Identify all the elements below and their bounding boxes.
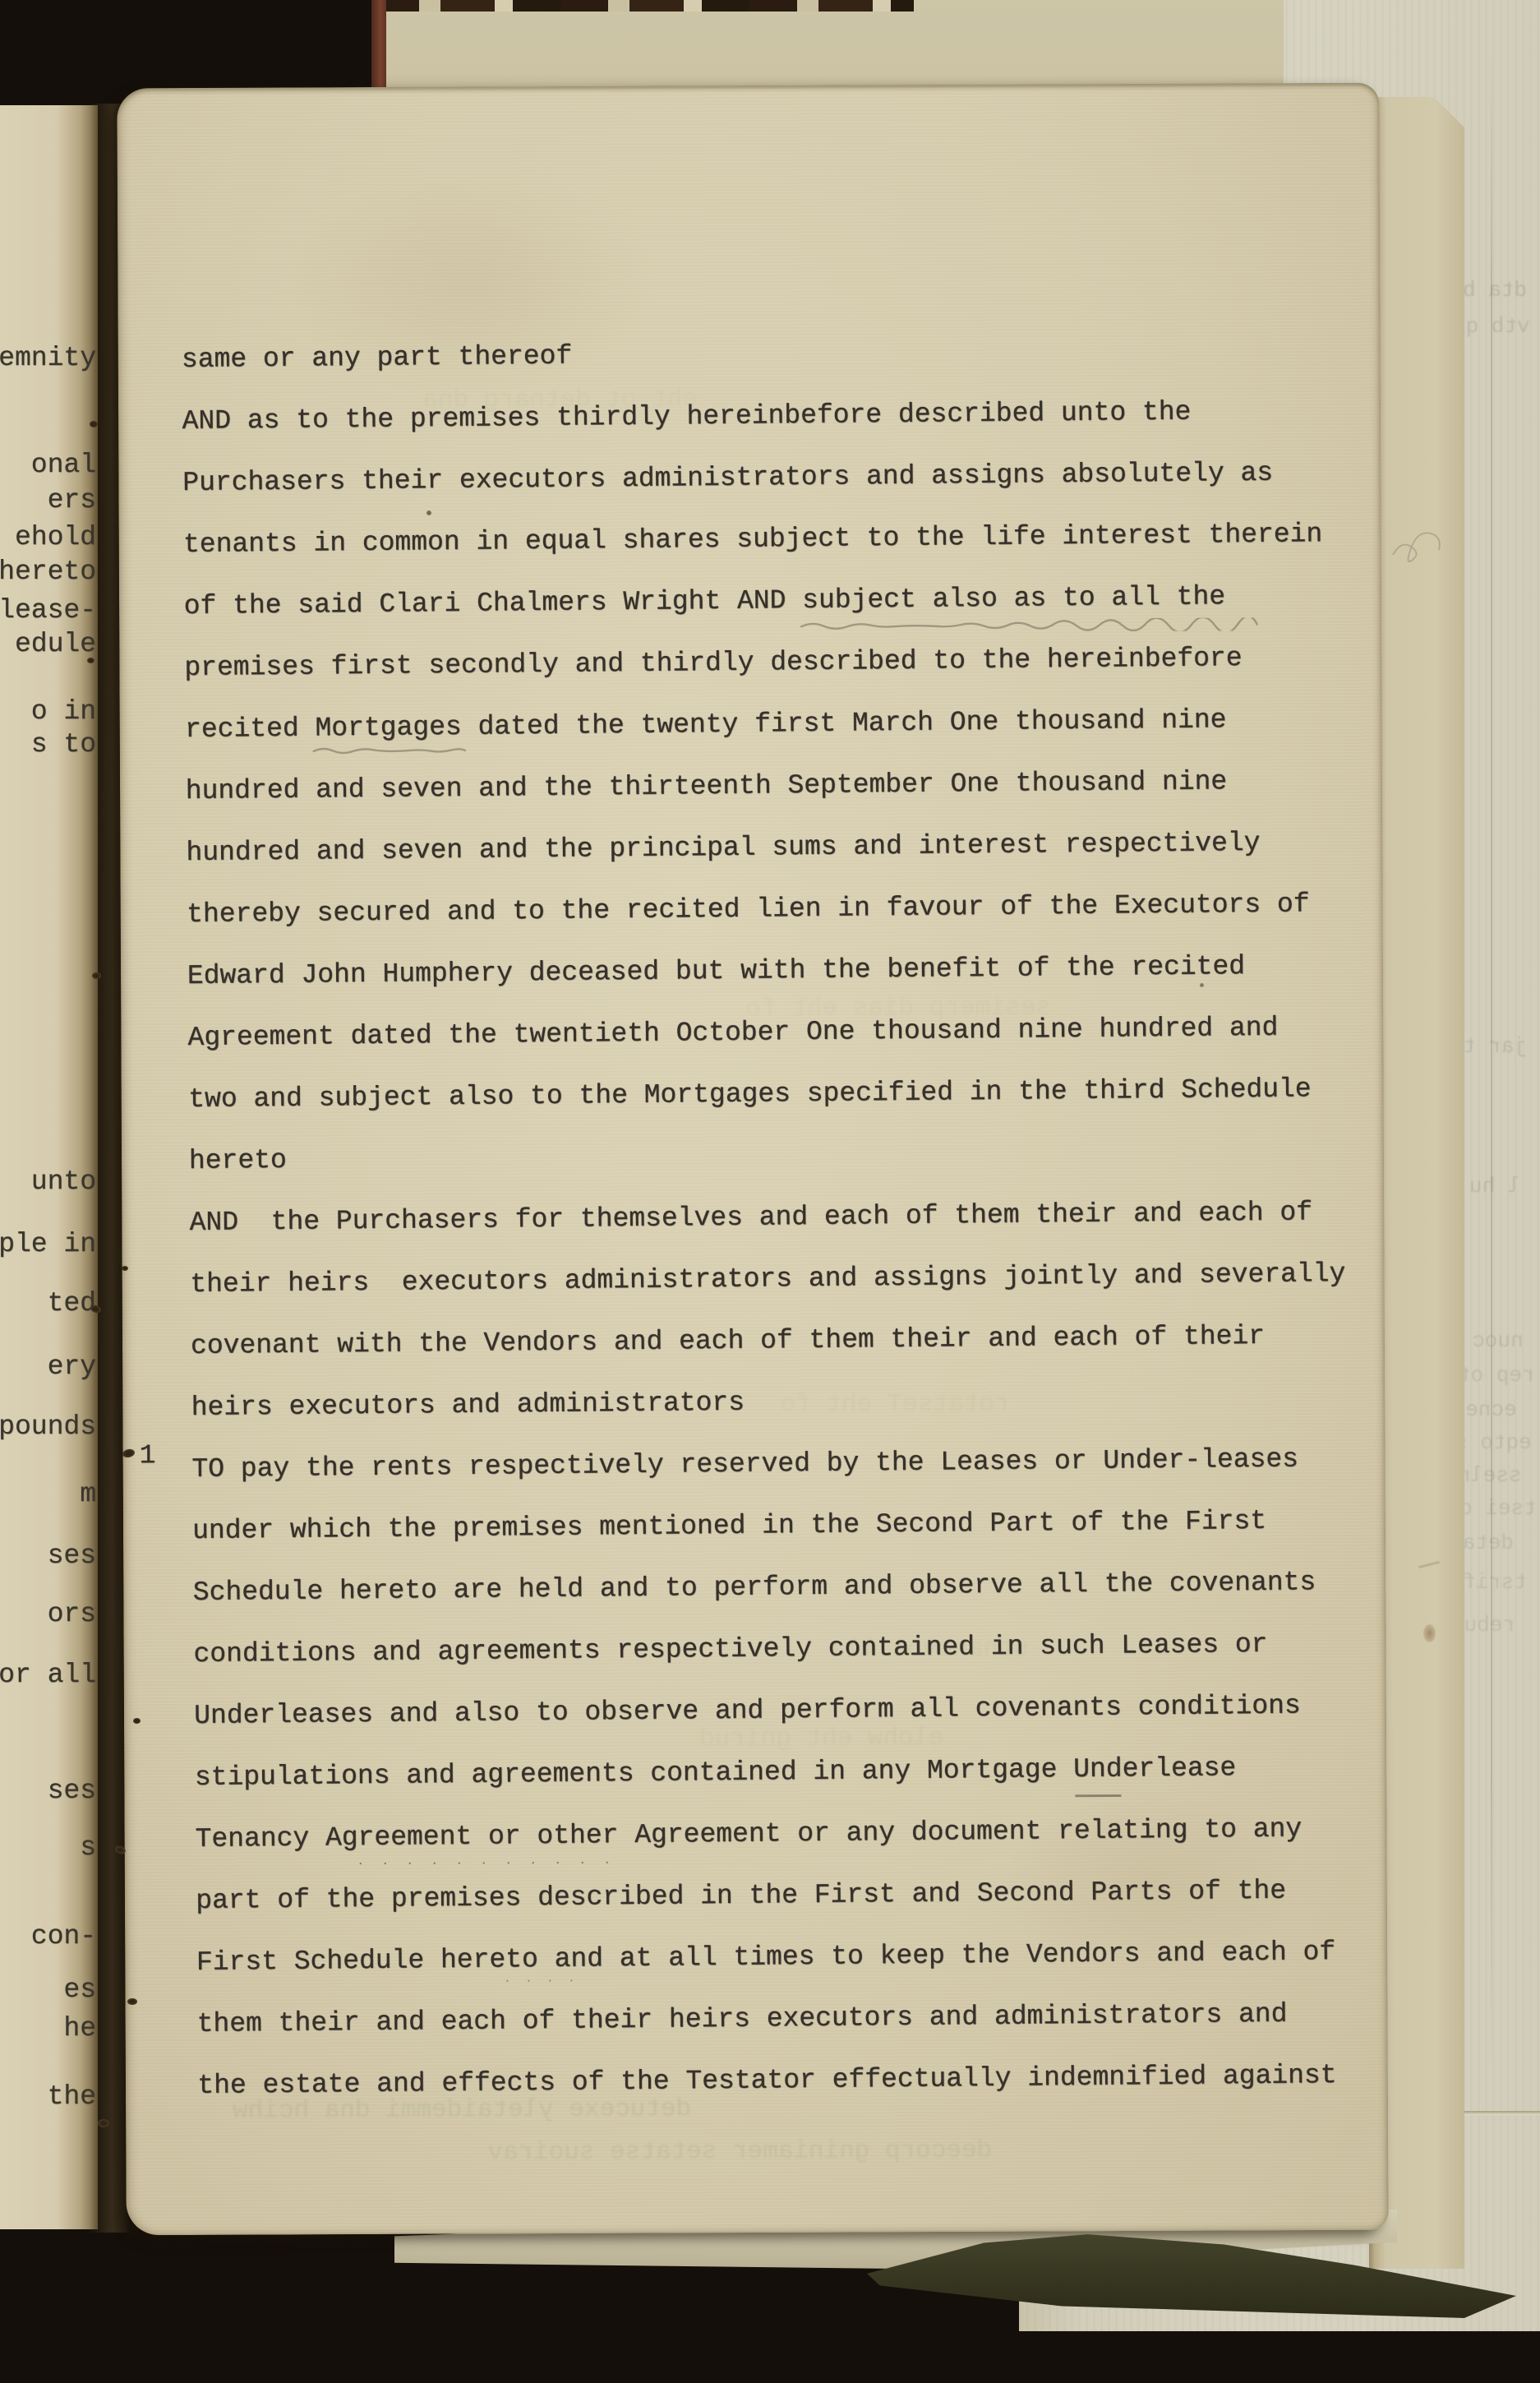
bleedthrough-text-line: deecorp gniniamer setatse suoirav [487, 2136, 992, 2168]
binding-torn-edge [371, 0, 914, 12]
cutoff-text-fragment: pounds [0, 1411, 96, 1442]
bleedthrough-text-fragment: eqto s [1455, 1430, 1532, 1455]
typewritten-line: them their and each of their heirs execu… [196, 1983, 1353, 2055]
document-photo-scene: dta bvtb qtjar tl hunuoc erep otecne ieq… [0, 0, 1540, 2383]
underline-dash [1075, 1794, 1121, 1797]
cutoff-text-fragment: lease- [0, 595, 96, 626]
cutoff-text-fragment: for all [0, 1660, 96, 1690]
typewritten-line: two and subject also to the Mortgages sp… [188, 1058, 1344, 1130]
typewritten-line: part of the premises described in the Fi… [196, 1859, 1352, 1932]
typewritten-line: Underleases and also to observe and perf… [194, 1674, 1350, 1747]
cutoff-text-fragment: unto [31, 1166, 96, 1197]
bleedthrough-text-fragment: rep ot [1458, 1363, 1535, 1388]
cutoff-text-fragment: o in [31, 696, 96, 727]
bleedthrough-text-fragment: jar t [1463, 1034, 1527, 1059]
typewritten-line: Agreement dated the twentieth October On… [187, 996, 1344, 1069]
typed-dots-row [348, 1859, 620, 1868]
typewritten-line: AND the Purchasers for themselves and ea… [189, 1181, 1345, 1254]
cutoff-text-fragment: demnity [0, 343, 96, 373]
cutoff-text-fragment: onal [31, 450, 96, 480]
wavy-underline-mortgages [311, 745, 468, 759]
wavy-underline-subject-clause [799, 617, 1259, 632]
typewritten-line: AND as to the premises thirdly hereinbef… [182, 380, 1338, 452]
typewritten-line: same or any part thereof [182, 318, 1338, 390]
typewritten-line: hundred and seven and the principal sums… [186, 811, 1342, 884]
cutoff-text-fragment: s to [31, 729, 96, 760]
typewritten-line: premises first secondly and thirdly desc… [184, 626, 1340, 699]
typewritten-line: heirs executors and administrators [191, 1366, 1347, 1439]
left-page-text-fragments: demnityonalerseholdheretolease-eduleo in… [0, 0, 99, 2229]
bleedthrough-text-fragment: tsei d [1459, 1496, 1537, 1521]
typewritten-line: the estate and effects of the Testator e… [197, 2044, 1353, 2117]
cutoff-text-fragment: con- [31, 1921, 96, 1951]
typewritten-line: conditions and agreements respectively c… [193, 1613, 1349, 1685]
pencil-mark [1388, 522, 1445, 571]
cutoff-text-fragment: ehold [15, 522, 96, 552]
typewritten-line: Schedule hereto are held and to perform … [192, 1551, 1349, 1623]
bleedthrough-text-fragment: vtb qt [1453, 314, 1530, 339]
clause-number: 1 [139, 1440, 155, 1471]
paper-stain [1423, 1624, 1436, 1642]
cutoff-text-fragment: hereto [0, 556, 96, 587]
typewritten-line: their heirs executors administrators and… [190, 1243, 1346, 1315]
typewritten-line: hereto [189, 1120, 1345, 1192]
typewritten-text: same or any part thereofAND as to the pr… [182, 318, 1353, 2117]
bleedthrough-text-fragment: l hu [1469, 1174, 1520, 1198]
typewritten-line: Edward John Humphery deceased but with t… [187, 935, 1344, 1007]
cutoff-text-fragment: edule [15, 629, 96, 659]
bleedthrough-text-fragment: dta b [1463, 278, 1527, 302]
typewritten-line: thereby secured and to the recited lien … [187, 873, 1343, 945]
bleedthrough-text-fragment: tsrif [1463, 1570, 1527, 1595]
typewritten-line: TO pay the rents respectively reserved b… [191, 1428, 1348, 1500]
typewritten-line: under which the premises mentioned in th… [192, 1489, 1349, 1562]
typewritten-line: tenants in common in equal shares subjec… [183, 503, 1339, 575]
cutoff-text-fragment: ple in [0, 1229, 96, 1259]
typewritten-line: stipulations and agreements contained in… [195, 1736, 1351, 1808]
typewritten-line: hundred and seven and the thirteenth Sep… [185, 750, 1341, 822]
typewritten-line: covenant with the Vendors and each of th… [191, 1305, 1347, 1377]
document-page: same or any part thereofAND as to the pr… [117, 83, 1388, 2236]
typewritten-line: First Schedule hereto and at all times t… [196, 1921, 1353, 1993]
typed-dots-small [496, 1977, 579, 1984]
typewritten-line: Purchasers their executors administrator… [182, 441, 1339, 514]
